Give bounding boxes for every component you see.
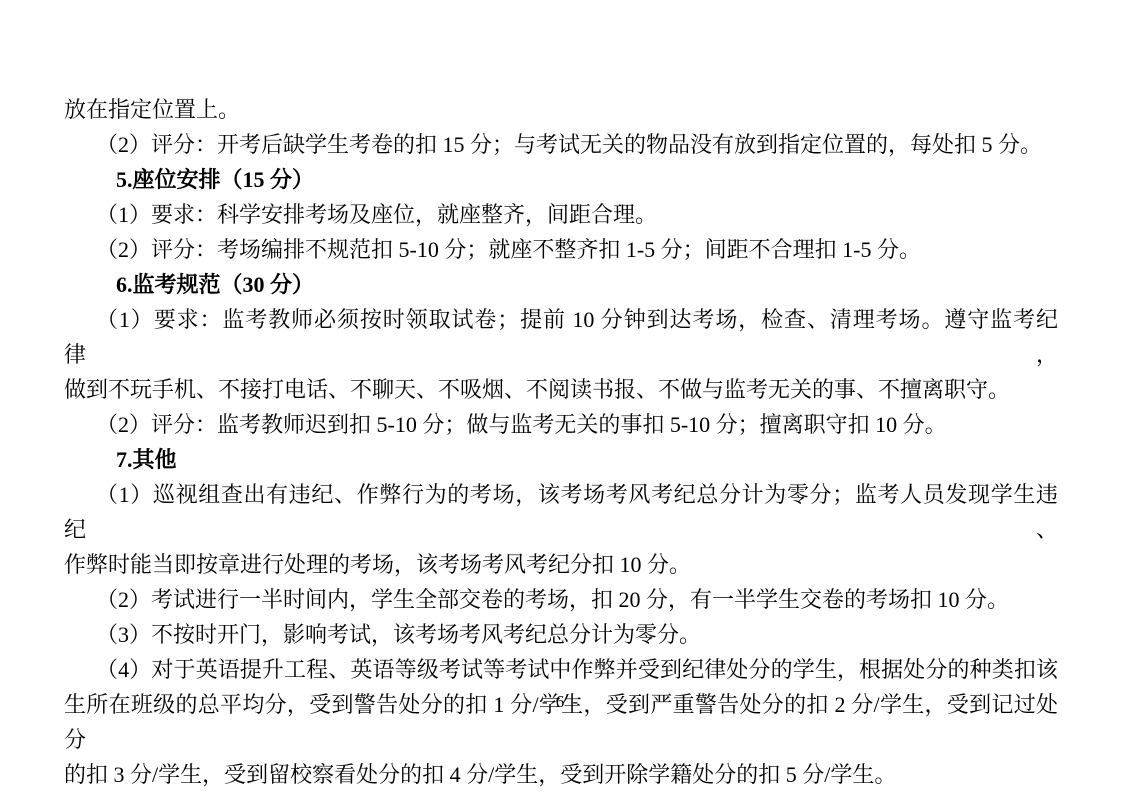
para-others-2: （2）考试进行一半时间内，学生全部交卷的考场，扣 20 分，有一半学生交卷的考场… [64,582,1058,617]
para-others-1-line2: 作弊时能当即按章进行处理的考场，该考场考风考纪分扣 10 分。 [64,547,1058,582]
para-proctoring-requirement-line1: （1）要求：监考教师必须按时领取试卷；提前 10 分钟到达考场，检查、清理考场。… [64,302,1058,372]
para-proctoring-requirement-line2: 做到不玩手机、不接打电话、不聊天、不吸烟、不阅读书报、不做与监考无关的事、不擅离… [64,372,1058,407]
heading-seating-arrangement: 5.座位安排（15 分） [64,162,1058,197]
para-others-3: （3）不按时开门，影响考试，该考场考风考纪总分计为零分。 [64,617,1058,652]
heading-proctoring-standards: 6.监考规范（30 分） [64,267,1058,302]
para-proctoring-scoring: （2）评分：监考教师迟到扣 5-10 分；做与监考无关的事扣 5-10 分；擅离… [64,407,1058,442]
page-number: - 6 - [0,691,1122,713]
document-page: 放在指定位置上。 （2）评分：开考后缺学生考卷的扣 15 分；与考试无关的物品没… [0,0,1122,793]
para-others-4-line1: （4）对于英语提升工程、英语等级考试等考试中作弊并受到纪律处分的学生，根据处分的… [64,652,1058,687]
document-text-body: 放在指定位置上。 （2）评分：开考后缺学生考卷的扣 15 分；与考试无关的物品没… [64,92,1058,792]
para-seating-requirement: （1）要求：科学安排考场及座位，就座整齐，间距合理。 [64,197,1058,232]
para-others-4-line3: 的扣 3 分/学生，受到留校察看处分的扣 4 分/学生，受到开除学籍处分的扣 5… [64,757,1058,792]
para-others-1-line1: （1）巡视组查出有违纪、作弊行为的考场，该考场考风考纪总分计为零分；监考人员发现… [64,477,1058,547]
para-seating-scoring: （2）评分：考场编排不规范扣 5-10 分；就座不整齐扣 1-5 分；间距不合理… [64,232,1058,267]
heading-others: 7.其他 [64,442,1058,477]
para-continuation-placement: 放在指定位置上。 [64,92,1058,127]
para-scoring-missing-papers: （2）评分：开考后缺学生考卷的扣 15 分；与考试无关的物品没有放到指定位置的，… [64,127,1058,162]
